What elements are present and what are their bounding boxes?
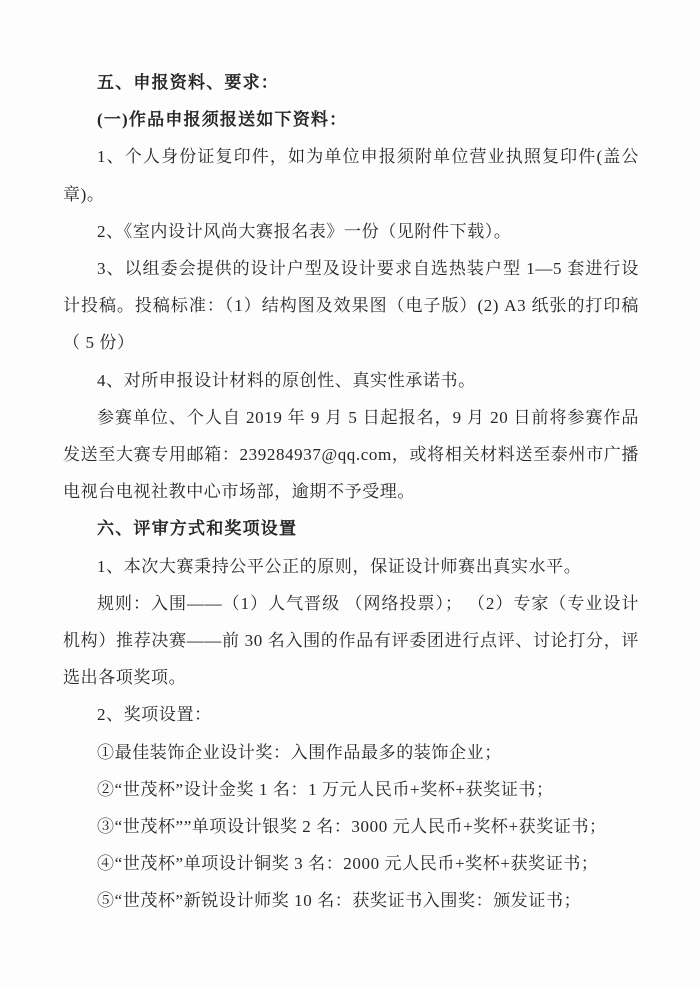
section-heading: (一)作品申报须报送如下资料： bbox=[63, 101, 639, 138]
paragraph: 4、对所申报设计材料的原创性、真实性承诺书。 bbox=[63, 362, 639, 399]
paragraph: 1、本次大赛秉持公平公正的原则，保证设计师赛出真实水平。 bbox=[63, 548, 639, 585]
paragraph: 3、以组委会提供的设计户型及设计要求自选热装户型 1—5 套进行设计投稿。投稿标… bbox=[63, 250, 639, 362]
paragraph: ②“世茂杯”设计金奖 1 名：1 万元人民币+奖杯+获奖证书； bbox=[63, 771, 639, 808]
paragraph: ①最佳装饰企业设计奖：入围作品最多的装饰企业； bbox=[63, 734, 639, 771]
paragraph: 参赛单位、个人自 2019 年 9 月 5 日起报名，9 月 20 日前将参赛作… bbox=[63, 399, 639, 511]
paragraph: ④“世茂杯”单项设计铜奖 3 名：2000 元人民币+奖杯+获奖证书； bbox=[63, 845, 639, 882]
paragraph: ⑤“世茂杯”新锐设计师奖 10 名：获奖证书入围奖：颁发证书； bbox=[63, 882, 639, 919]
paragraph: 规则：入围——（1）人气晋级 （网络投票）； （2）专家（专业设计机构）推荐决赛… bbox=[63, 585, 639, 697]
section-heading: 六、评审方式和奖项设置 bbox=[63, 510, 639, 547]
section-heading: 五、申报资料、要求： bbox=[63, 64, 639, 101]
document-content: 五、申报资料、要求：(一)作品申报须报送如下资料：1、个人身份证复印件，如为单位… bbox=[0, 0, 700, 920]
paragraph: 1、个人身份证复印件，如为单位申报须附单位营业执照复印件(盖公章)。 bbox=[63, 138, 639, 212]
paragraph: ③“世茂杯””单项设计银奖 2 名：3000 元人民币+奖杯+获奖证书； bbox=[63, 808, 639, 845]
paragraph: 2、《室内设计风尚大赛报名表》一份（见附件下载）。 bbox=[63, 213, 639, 250]
document-page: 五、申报资料、要求：(一)作品申报须报送如下资料：1、个人身份证复印件，如为单位… bbox=[0, 0, 700, 990]
paragraph: 2、奖项设置： bbox=[63, 696, 639, 733]
